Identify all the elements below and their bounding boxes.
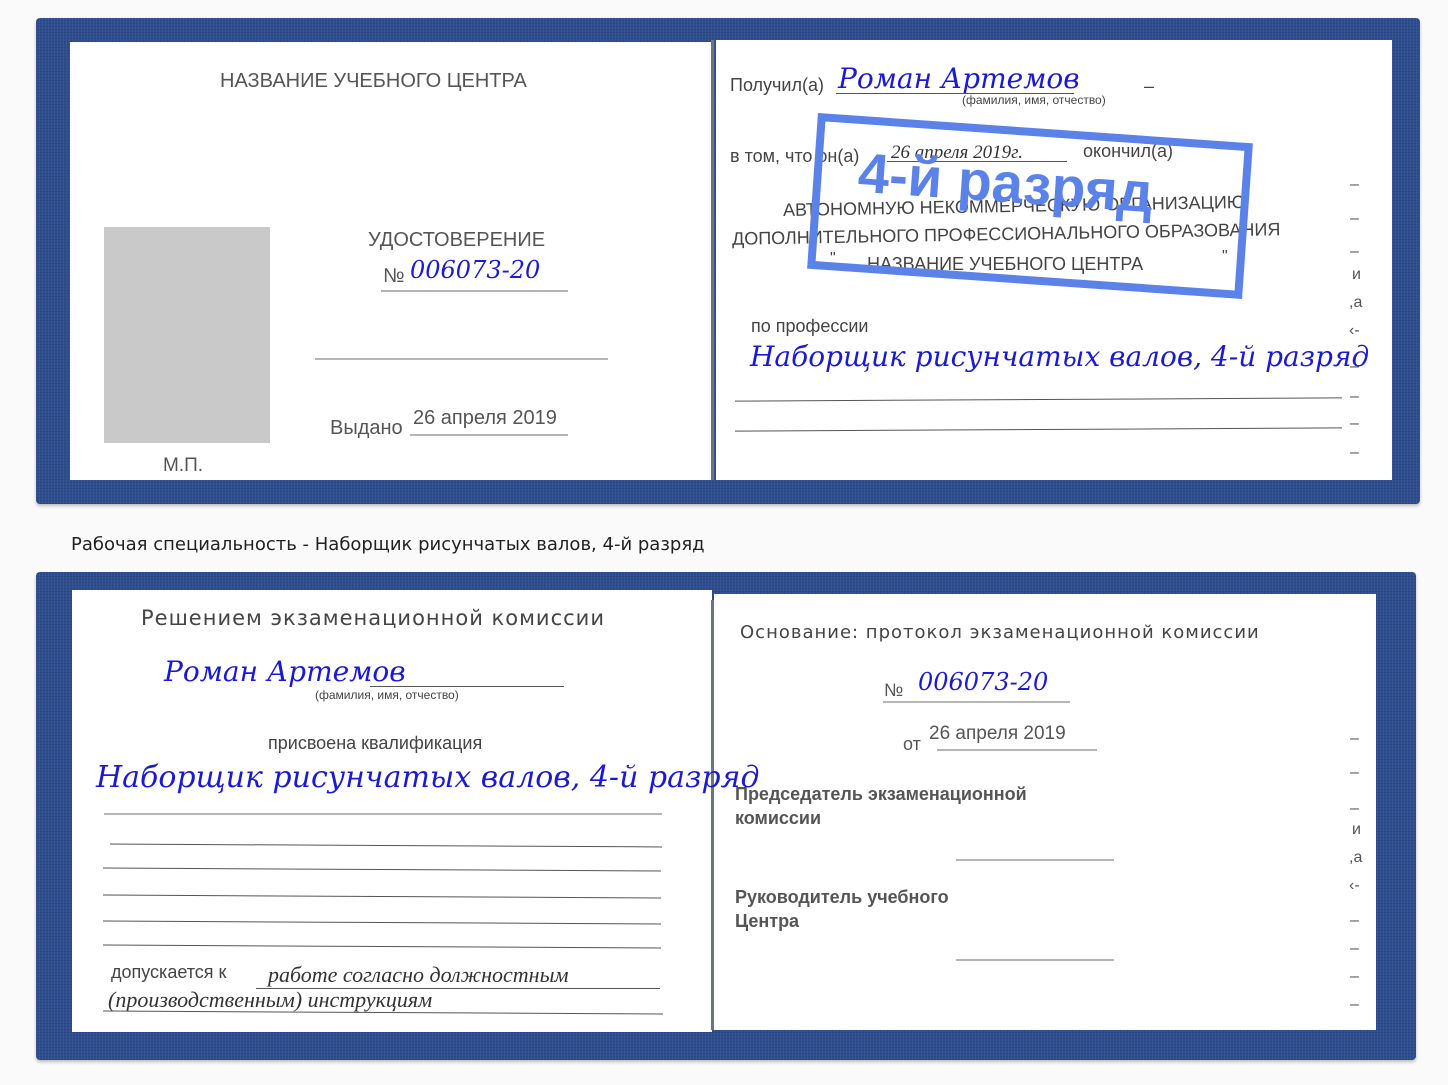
- protocol-number-label: №: [884, 680, 903, 701]
- basis-title: Основание: протокол экзаменационной коми…: [740, 622, 1260, 643]
- edge-mark-b3: –: [1350, 800, 1359, 818]
- admitted-label: допускается к: [111, 962, 226, 983]
- profession-value: Наборщик рисунчатых валов, 4-й разряд: [750, 340, 1369, 373]
- certificate-number: 006073-20: [410, 256, 540, 284]
- edge-mark-b1: –: [1350, 730, 1359, 748]
- edge-mark-b6: ‹-: [1349, 877, 1360, 895]
- edge-mark-7: –: [1350, 358, 1359, 376]
- seal-label: М.П.: [163, 455, 203, 477]
- edge-mark-b4: и: [1352, 821, 1361, 839]
- chairman-label-2: комиссии: [735, 808, 821, 829]
- edge-mark-5: ,а: [1349, 294, 1362, 312]
- name-hint: (фамилия, имя, отчество): [962, 93, 1106, 107]
- issued-date: 26 апреля 2019: [413, 407, 557, 430]
- head-label-1: Руководитель учебного: [735, 887, 949, 908]
- edge-mark-3: –: [1350, 243, 1359, 261]
- edge-mark-8: –: [1350, 388, 1359, 406]
- qualification-value: Наборщик рисунчатых валов, 4-й разряд: [96, 760, 759, 795]
- admitted-text-1: работе согласно должностным: [268, 962, 569, 988]
- edge-mark-6: ‹-: [1349, 322, 1360, 340]
- edge-mark-4: и: [1352, 266, 1361, 284]
- top-spine: [711, 40, 714, 480]
- edge-mark-b9: –: [1350, 968, 1359, 986]
- edge-dash: –: [1144, 76, 1154, 97]
- chairman-signature-line: [956, 859, 1114, 861]
- chairman-label-1: Председатель экзаменационной: [735, 784, 1027, 805]
- bottom-spine: [711, 600, 714, 1030]
- edge-mark-b10: –: [1350, 996, 1359, 1014]
- recipient-name-bottom: Роман Артемов: [164, 655, 406, 688]
- edge-mark-b2: –: [1350, 764, 1359, 782]
- qualification-label: присвоена квалификация: [268, 733, 482, 754]
- issued-label: Выдано: [330, 417, 403, 440]
- org-name-heading: НАЗВАНИЕ УЧЕБНОГО ЦЕНТРА: [220, 70, 527, 93]
- edge-mark-b5: ,а: [1349, 849, 1362, 867]
- recipient-underline-bottom: [370, 686, 564, 687]
- edge-mark-1: –: [1350, 176, 1359, 194]
- edge-mark-b7: –: [1350, 912, 1359, 930]
- recipient-name: Роман Артемов: [838, 62, 1080, 95]
- edge-mark-9: –: [1350, 415, 1359, 433]
- head-signature-line: [956, 959, 1114, 961]
- decision-title: Решением экзаменационной комиссии: [141, 606, 605, 630]
- edge-mark-10: –: [1350, 444, 1359, 462]
- protocol-date: 26 апреля 2019: [929, 723, 1066, 745]
- protocol-date-label: от: [903, 734, 921, 755]
- number-label: №: [383, 265, 404, 288]
- blank-underline: [315, 358, 608, 360]
- profession-label: по профессии: [751, 316, 868, 337]
- name-hint-bottom: (фамилия, имя, отчество): [315, 688, 459, 702]
- document-title: УДОСТОВЕРЕНИЕ: [368, 229, 545, 252]
- protocol-number-underline: [883, 701, 1070, 703]
- admitted-text-2: (производственным) инструкциям: [108, 987, 432, 1013]
- protocol-number: 006073-20: [918, 668, 1048, 696]
- received-label: Получил(а): [730, 75, 824, 96]
- issued-underline: [410, 434, 568, 436]
- edge-mark-2: –: [1350, 210, 1359, 228]
- head-label-2: Центра: [735, 911, 799, 932]
- number-underline: [381, 290, 568, 292]
- qualification-underline: [104, 813, 662, 815]
- protocol-date-underline: [937, 749, 1097, 751]
- photo-placeholder: [104, 227, 270, 443]
- caption: Рабочая специальность - Наборщик рисунча…: [71, 534, 705, 555]
- edge-mark-b8: –: [1350, 940, 1359, 958]
